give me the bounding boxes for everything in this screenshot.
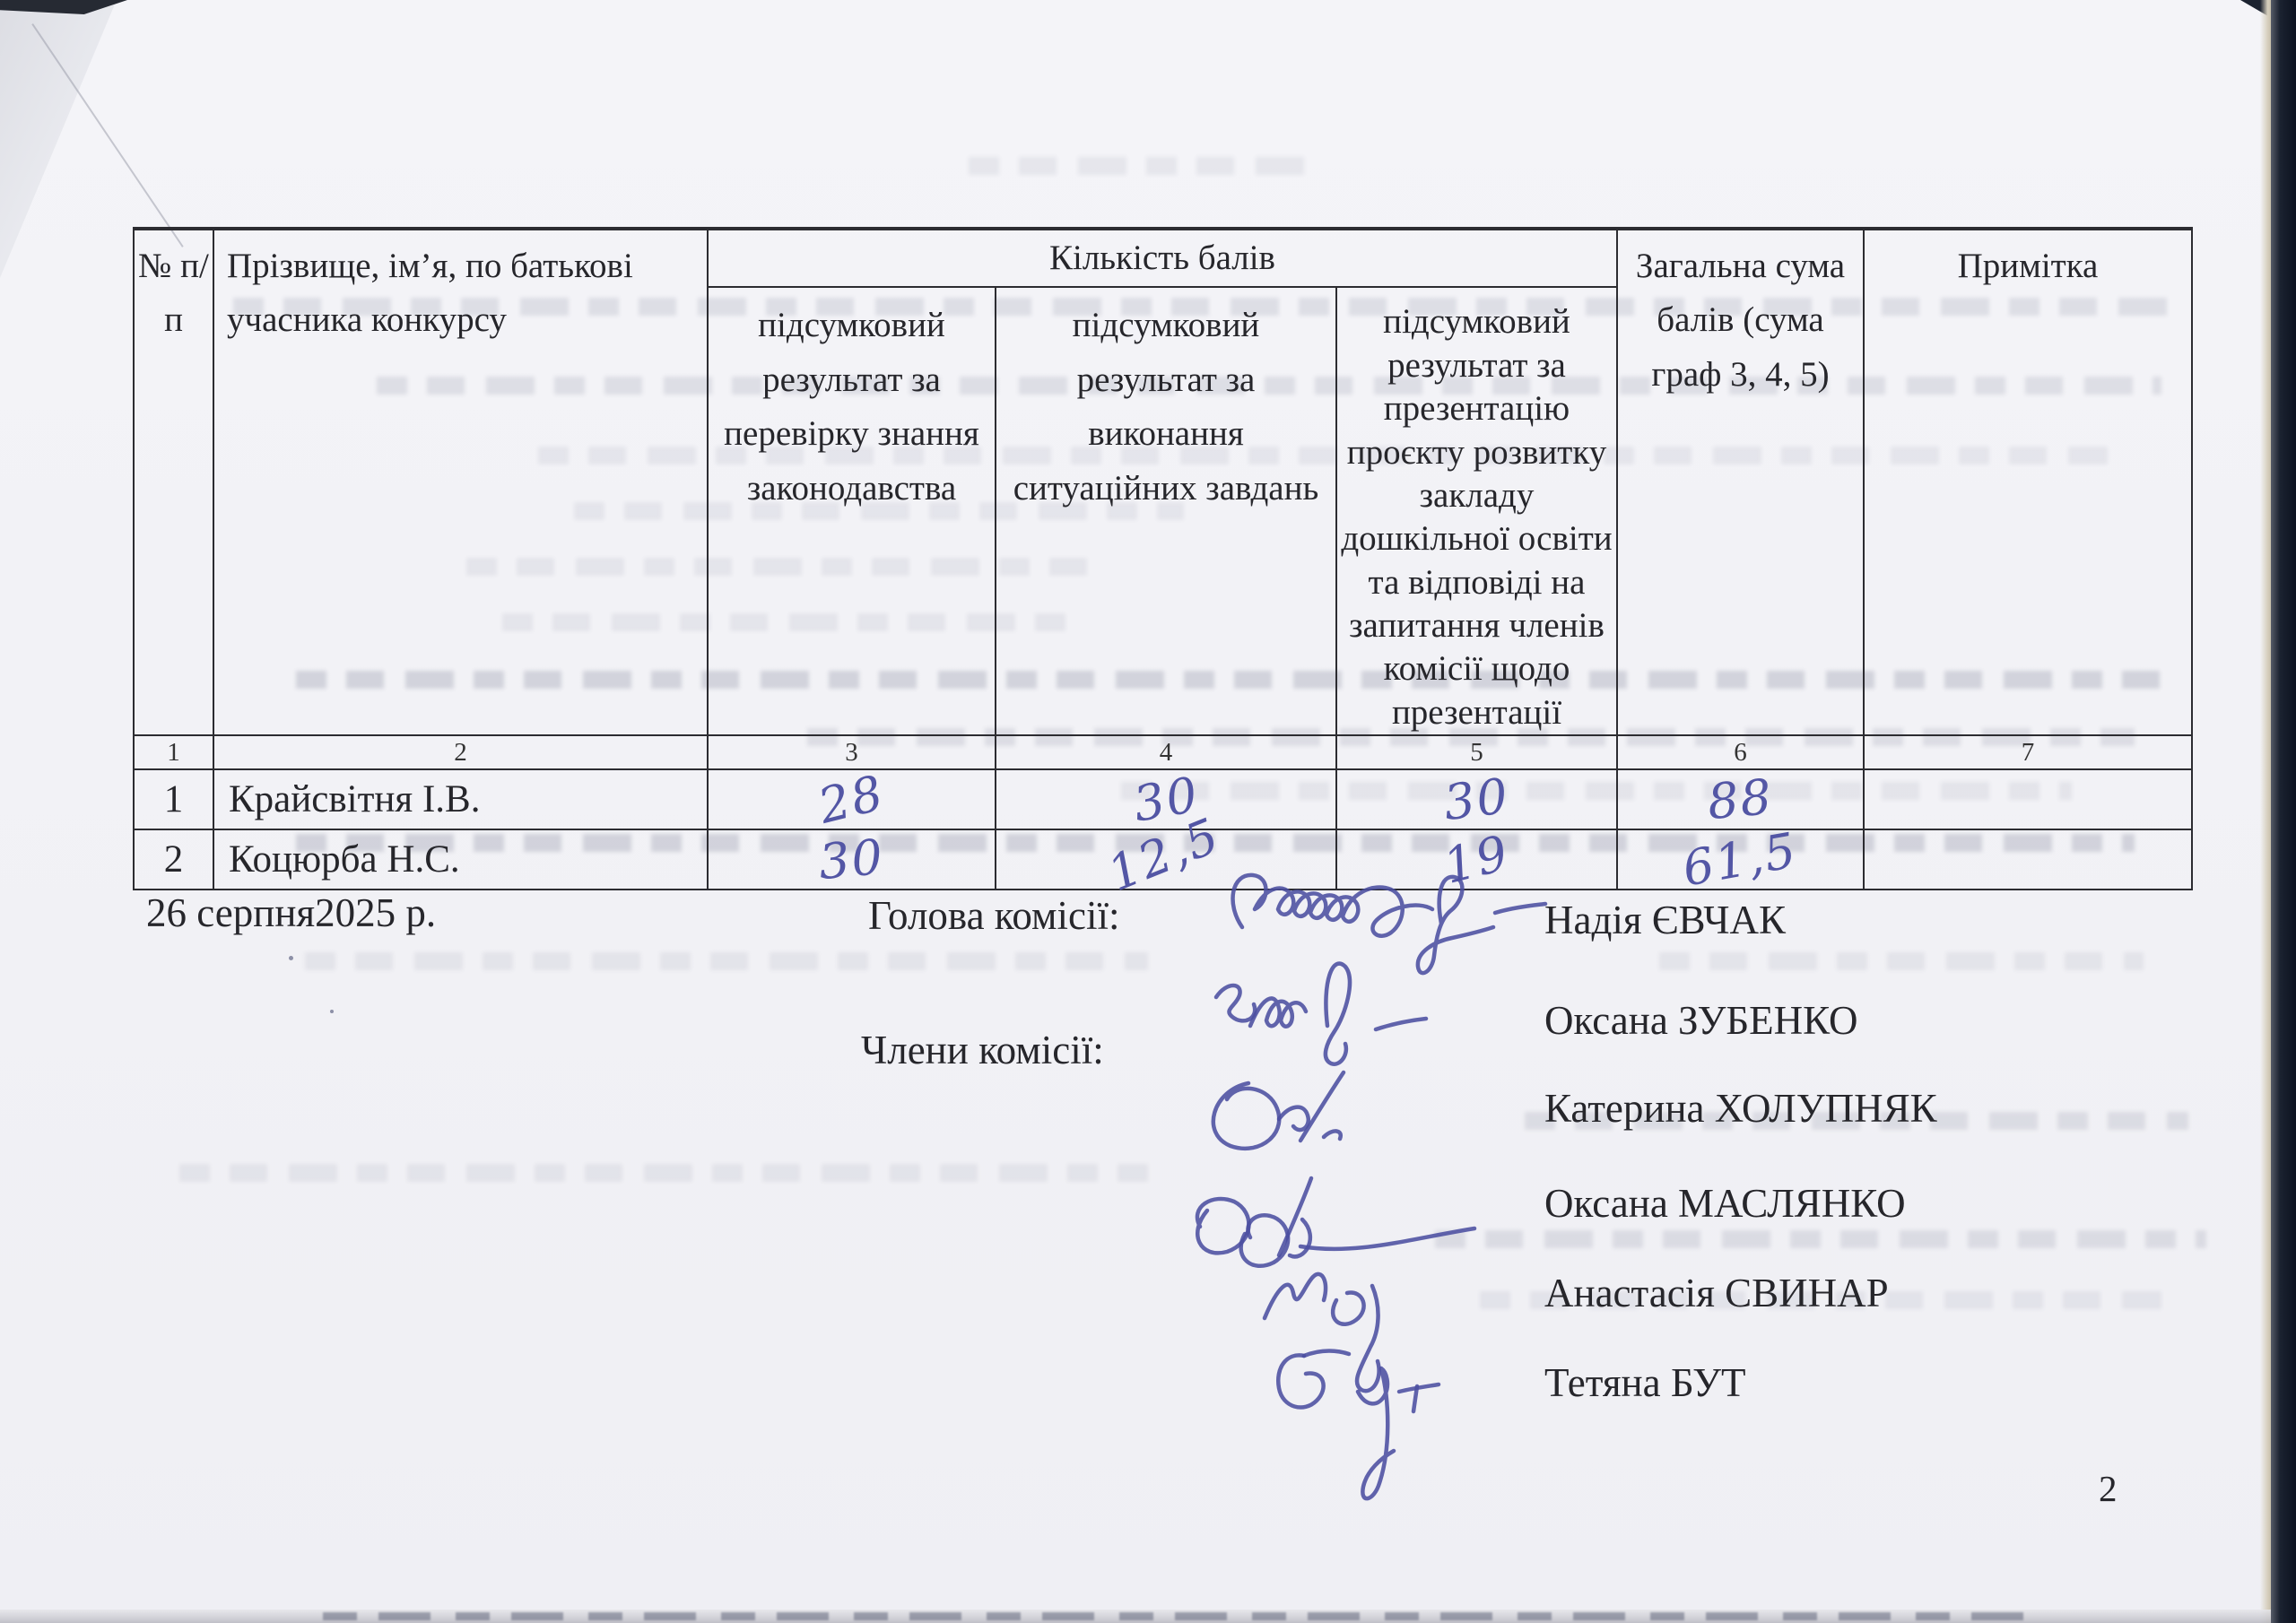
member-name: Анастасія СВИНАР [1544,1270,1889,1316]
participant-name: Крайсвітня І.В. [213,769,708,829]
member-name: Катерина ХОЛУПНЯК [1544,1085,1937,1132]
head-of-commission-label: Голова комісії: [868,892,1119,939]
member-name: Оксана ЗУБЕНКО [1544,997,1858,1044]
handwritten-score: 30 [817,829,887,890]
ink-speck [289,956,293,960]
results-table: № п/п Прізвище, ім’я, по батькові учасни… [133,227,2193,890]
member-signature [1248,1316,1500,1527]
member-name: Тетяна БУТ [1544,1359,1745,1406]
column-number-cell: 3 [708,735,996,769]
bleed-through-artifact [305,952,1148,970]
header-score1: підсумковий результат за перевірку знанн… [708,287,996,735]
row-number: 1 [134,769,213,829]
scanned-document-page: № п/п Прізвище, ім’я, по батькові учасни… [0,0,2296,1623]
handwritten-score: 88 [1706,768,1776,830]
column-number-cell: 4 [996,735,1336,769]
page-number: 2 [2099,1467,2118,1510]
participant-name: Коцюрба Н.С. [213,829,708,890]
document-date: 26 серпня2025 р. [146,890,436,936]
table-row: 1 Крайсвітня І.В. 28 30 30 88 [134,769,2192,829]
column-number-row: 1 2 3 4 5 6 7 [134,735,2192,769]
bleed-through-artifact [969,157,1318,175]
column-number-cell: 7 [1864,735,2192,769]
scan-edge [2271,0,2296,1623]
header-total: Загальна сума балів (сума граф 3, 4, 5) [1617,229,1864,735]
handwritten-score: 30 [1441,768,1513,831]
handwritten-score: 61,5 [1679,821,1802,897]
header-score3: підсумковий результат за презентацію про… [1336,287,1617,735]
bleed-through-artifact [179,1164,1148,1182]
header-scores-group: Кількість балів [708,229,1617,287]
row-number: 2 [134,829,213,890]
header-name: Прізвище, ім’я, по батькові учасника кон… [213,229,708,735]
handwritten-score: 28 [813,764,891,835]
bleed-through-artifact [1435,1230,2206,1248]
ink-speck [330,1010,334,1013]
page-corner-shadow [0,0,117,278]
column-number-cell: 6 [1617,735,1864,769]
column-number-cell: 2 [213,735,708,769]
table-row: 2 Коцюрба Н.С. 30 12,5 19 61,5 [134,829,2192,890]
header-num: № п/п [134,229,213,735]
column-number-cell: 1 [134,735,213,769]
note-cell [1864,829,2192,890]
note-cell [1864,769,2192,829]
commission-members-label: Члени комісії: [861,1027,1104,1073]
member-name: Оксана МАСЛЯНКО [1544,1180,1906,1227]
header-note: Примітка [1864,229,2192,735]
bleed-through-artifact [323,1612,2027,1620]
bleed-through-artifact [1659,952,2144,970]
column-number-cell: 5 [1336,735,1617,769]
header-score2: підсумковий результат за виконання ситуа… [996,287,1336,735]
